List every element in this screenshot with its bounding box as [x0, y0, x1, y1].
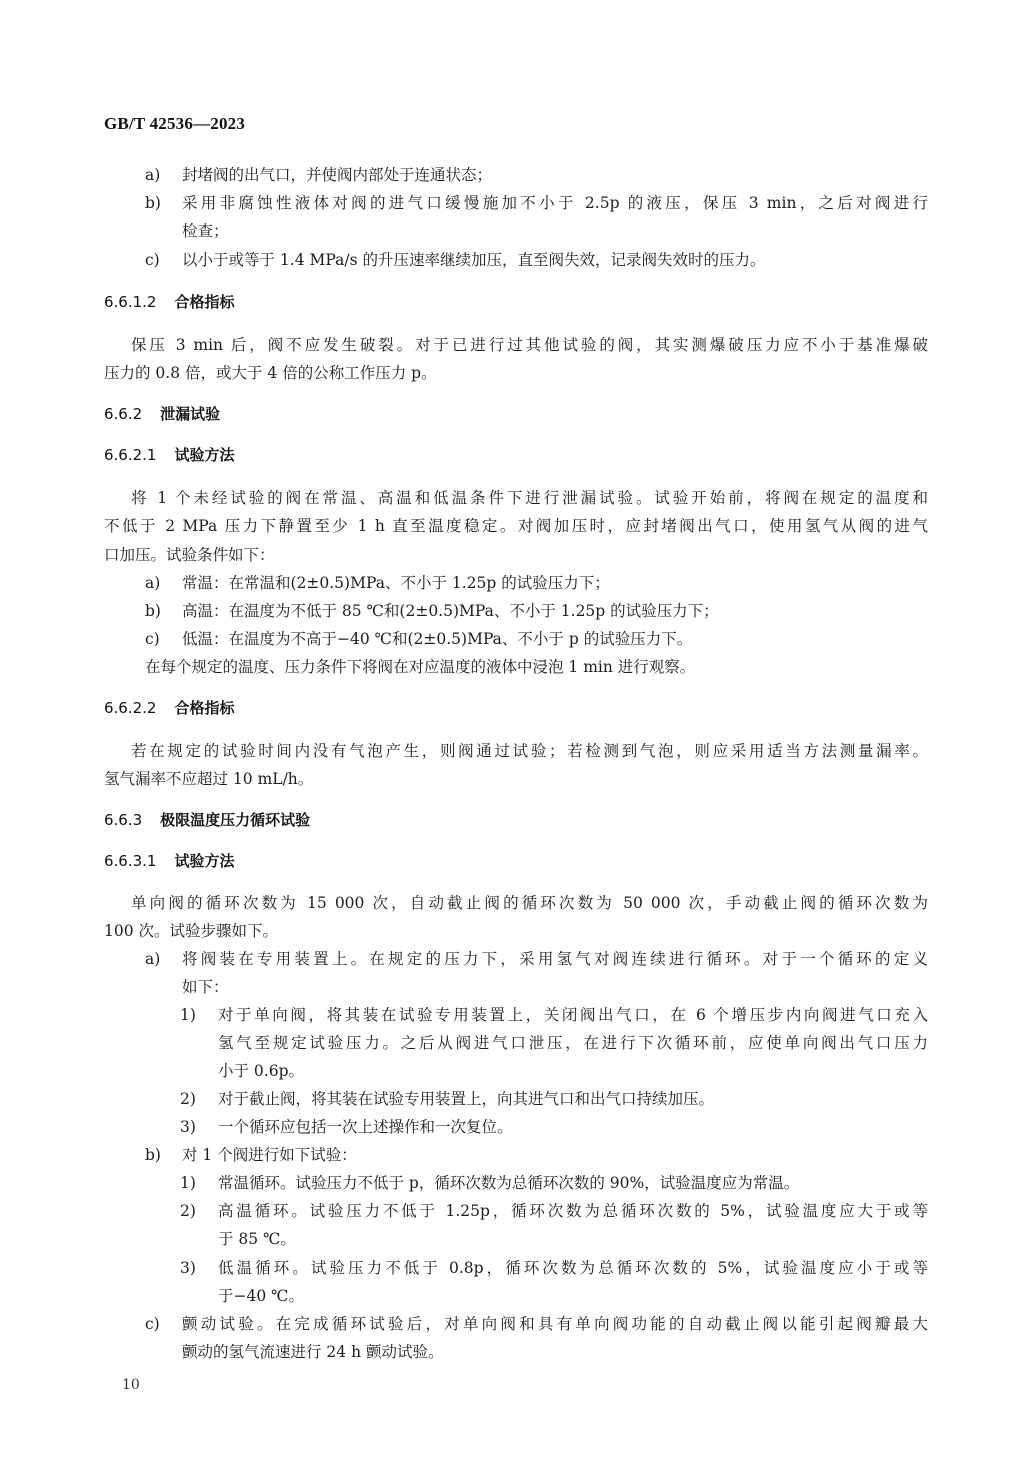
paragraph-line: 将 1 个未经试验的阀在常温、高温和低温条件下进行泄漏试验。试验开始前，将阀在规… — [131, 488, 928, 508]
sublist-marker: 3) — [180, 1117, 196, 1137]
list-marker: a) — [145, 573, 160, 593]
section-number: 6.6.3 — [104, 810, 142, 830]
sublist-marker: 2) — [180, 1089, 196, 1109]
list-item-text: 低温：在温度为不高于−40 ℃和(2±0.5)MPa、不小于 p 的试验压力下。 — [182, 629, 692, 649]
section-heading-6-6-3: 6.6.3极限温度压力循环试验 — [104, 810, 310, 830]
list-item-text: 常温：在常温和(2±0.5)MPa、不小于 1.25p 的试验压力下； — [182, 573, 610, 593]
list-item-text: 高温：在温度为不低于 85 ℃和(2±0.5)MPa、不小于 1.25p 的试验… — [182, 601, 719, 621]
paragraph-line: 单向阀的循环次数为 15 000 次，自动截止阀的循环次数为 50 000 次，… — [131, 893, 928, 913]
sublist-item-text: 于−40 ℃。 — [218, 1286, 304, 1306]
section-heading-6-6-2: 6.6.2泄漏试验 — [104, 404, 220, 424]
paragraph-line: 口加压。试验条件如下： — [104, 545, 275, 565]
section-heading-6-6-2-1: 6.6.2.1试验方法 — [104, 445, 235, 465]
sublist-marker: 1) — [180, 1005, 196, 1025]
sublist-marker: 2) — [180, 1201, 196, 1221]
sublist-item-text: 一个循环应包括一次上述操作和一次复位。 — [218, 1117, 513, 1137]
section-number: 6.6.3.1 — [104, 851, 156, 871]
list-item-text: 对 1 个阀进行如下试验： — [182, 1145, 357, 1165]
list-marker: b) — [145, 193, 161, 213]
section-number: 6.6.2.2 — [104, 698, 156, 718]
list-marker: a) — [145, 949, 160, 969]
section-title: 合格指标 — [174, 293, 234, 311]
sublist-item-text: 低温循环。试验压力不低于 0.8p，循环次数为总循环次数的 5%，试验温度应小于… — [218, 1258, 928, 1278]
list-item-text: 将阀装在专用装置上。在规定的压力下，采用氢气对阀连续进行循环。对于一个循环的定义 — [182, 949, 928, 969]
standard-code-header: GB/T 42536—2023 — [104, 114, 245, 134]
section-heading-6-6-1-2: 6.6.1.2合格指标 — [104, 292, 235, 312]
list-item-text: 封堵阀的出气口，并使阀内部处于连通状态； — [182, 165, 492, 185]
list-item-text: 颤动试验。在完成循环试验后，对单向阀和具有单向阀功能的自动截止阀以能引起阀瓣最大 — [182, 1314, 928, 1334]
paragraph-line: 不低于 2 MPa 压力下静置至少 1 h 直至温度稳定。对阀加压时，应封堵阀出… — [104, 516, 928, 536]
section-title: 泄漏试验 — [160, 405, 220, 423]
sublist-item-text: 氢气至规定试验压力。之后从阀进气口泄压，在进行下次循环前，应使单向阀出气口压力 — [218, 1033, 928, 1053]
section-heading-6-6-3-1: 6.6.3.1试验方法 — [104, 851, 235, 871]
sublist-item-text: 对于截止阀，将其装在试验专用装置上，向其进气口和出气口持续加压。 — [218, 1089, 714, 1109]
section-number: 6.6.2.1 — [104, 445, 156, 465]
list-item-text: 如下： — [182, 977, 229, 997]
list-item-text: 检查； — [182, 221, 229, 241]
list-marker: c) — [145, 629, 160, 649]
list-marker: c) — [145, 1314, 160, 1334]
sublist-item-text: 小于 0.6p。 — [218, 1061, 304, 1081]
section-number: 6.6.2 — [104, 404, 142, 424]
list-item-text: 以小于或等于 1.4 MPa/s 的升压速率继续加压，直至阀失效，记录阀失效时的… — [182, 250, 765, 270]
list-marker: a) — [145, 165, 160, 185]
section-title: 极限温度压力循环试验 — [160, 811, 310, 829]
list-item-text: 采用非腐蚀性液体对阀的进气口缓慢施加不小于 2.5p 的液压，保压 3 min，… — [182, 193, 928, 213]
section-heading-6-6-2-2: 6.6.2.2合格指标 — [104, 698, 235, 718]
paragraph-line: 在每个规定的温度、压力条件下将阀在对应温度的液体中浸泡 1 min 进行观察。 — [145, 657, 695, 677]
document-page: GB/T 42536—2023 a) 封堵阀的出气口，并使阀内部处于连通状态； … — [0, 0, 1036, 1474]
sublist-item-text: 对于单向阀，将其装在试验专用装置上，关闭阀出气口，在 6 个增压步内向阀进气口充… — [218, 1005, 928, 1025]
sublist-item-text: 常温循环。试验压力不低于 p，循环次数为总循环次数的 90%，试验温度应为常温。 — [218, 1173, 799, 1193]
sublist-item-text: 于 85 ℃。 — [218, 1229, 296, 1249]
paragraph-line: 若在规定的试验时间内没有气泡产生，则阀通过试验；若检测到气泡，则应采用适当方法测… — [131, 741, 928, 761]
sublist-item-text: 高温循环。试验压力不低于 1.25p，循环次数为总循环次数的 5%，试验温度应大… — [218, 1201, 928, 1221]
list-marker: c) — [145, 250, 160, 270]
paragraph-line: 压力的 0.8 倍，或大于 4 倍的公称工作压力 p。 — [104, 363, 437, 383]
list-marker: b) — [145, 601, 161, 621]
section-title: 试验方法 — [174, 852, 234, 870]
paragraph-line: 100 次。试验步骤如下。 — [104, 921, 278, 941]
page-number: 10 — [122, 1377, 140, 1393]
list-marker: b) — [145, 1145, 161, 1165]
paragraph-line: 氢气漏率不应超过 10 mL/h。 — [104, 769, 313, 789]
list-item-text: 颤动的氢气流速进行 24 h 颤动试验。 — [182, 1342, 444, 1362]
section-number: 6.6.1.2 — [104, 292, 156, 312]
sublist-marker: 3) — [180, 1258, 196, 1278]
section-title: 合格指标 — [174, 699, 234, 717]
section-title: 试验方法 — [174, 446, 234, 464]
sublist-marker: 1) — [180, 1173, 196, 1193]
paragraph-line: 保压 3 min 后，阀不应发生破裂。对于已进行过其他试验的阀，其实测爆破压力应… — [131, 335, 928, 355]
